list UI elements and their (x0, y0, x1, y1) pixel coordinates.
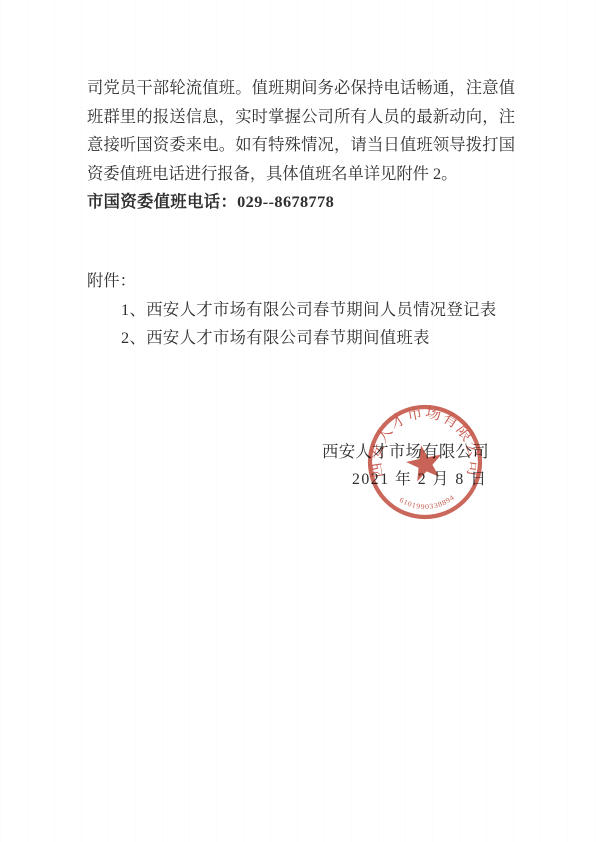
company-seal-stamp: 西安人才市场有限公司 6101990338894 (355, 392, 495, 532)
body-line: 司党员干部轮流值班。值班期间务必保持电话畅通，注意值 (87, 74, 515, 103)
seal-star-icon (403, 442, 446, 483)
body-line: 资委值班电话进行报备，具体值班名单详见附件 2。 (87, 160, 515, 189)
body-line: 意接听国资委来电。如有特殊情况，请当日值班领导拨打国 (87, 131, 515, 160)
body-line: 班群里的报送信息，实时掌握公司所有人员的最新动向，注 (87, 103, 515, 132)
attachment-item: 2、西安人才市场有限公司春节期间值班表 (87, 324, 527, 353)
attachments-section: 附件： 1、西安人才市场有限公司春节期间人员情况登记表 2、西安人才市场有限公司… (87, 267, 527, 353)
body-paragraph: 司党员干部轮流值班。值班期间务必保持电话畅通，注意值 班群里的报送信息，实时掌握… (87, 74, 515, 217)
attachments-label: 附件： (87, 267, 527, 296)
scanned-document-page: 司党员干部轮流值班。值班期间务必保持电话畅通，注意值 班群里的报送信息，实时掌握… (0, 0, 596, 842)
duty-hotline-line: 市国资委值班电话：029--8678778 (87, 188, 515, 217)
attachment-item: 1、西安人才市场有限公司春节期间人员情况登记表 (87, 296, 527, 325)
